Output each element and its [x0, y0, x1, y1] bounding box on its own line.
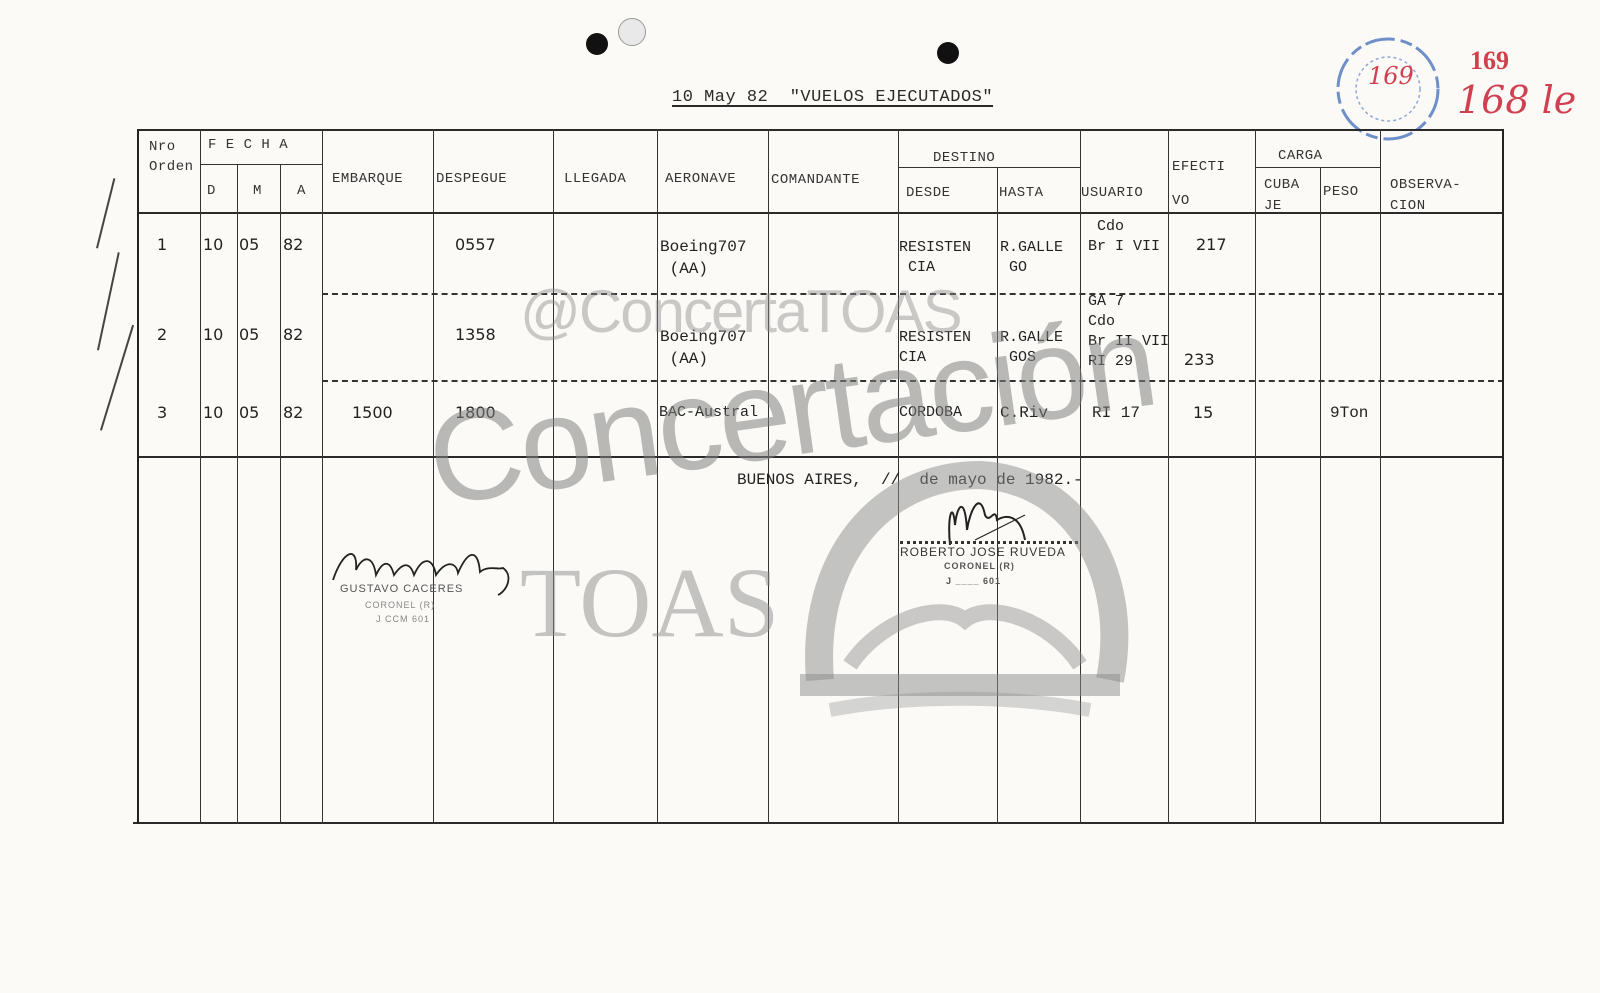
document-title: 10 May 82 "VUELOS EJECUTADOS" [672, 88, 993, 107]
header-efectivo: EFECTI VO [1172, 150, 1225, 218]
check-mark-icon [97, 252, 120, 350]
header-destino: DESTINO [933, 150, 995, 166]
row-desde: RESISTEN CIA [899, 238, 971, 278]
row-efectivo: 217 [1196, 234, 1227, 256]
row-m: 05 [239, 324, 259, 346]
header-fecha-m: M [253, 183, 262, 199]
row-aeronave: Boeing707 (AA) [660, 326, 746, 370]
header-observacion: OBSERVA- CION [1390, 175, 1461, 217]
row-d: 10 [203, 402, 223, 424]
check-mark-icon [100, 325, 134, 431]
header-fecha: F E C H A [208, 137, 288, 153]
row-d: 10 [203, 234, 223, 256]
header-nro-orden: Nro Orden [149, 137, 194, 177]
row-despegue: 1800 [455, 402, 496, 424]
signer-left-unit: J CCM 601 [376, 614, 430, 624]
punch-hole-right [937, 42, 959, 64]
header-fecha-a: A [297, 183, 306, 199]
row-m: 05 [239, 402, 259, 424]
check-mark-icon [96, 178, 115, 248]
row-a: 82 [283, 324, 303, 346]
page-number-printed: 169 [1470, 46, 1509, 76]
header-hasta: HASTA [999, 185, 1044, 201]
row-d: 10 [203, 324, 223, 346]
header-despegue: DESPEGUE [436, 171, 507, 187]
signer-left-name: GUSTAVO CACERES [340, 583, 463, 595]
row-desde: RESISTEN CIA [899, 328, 971, 368]
row-hasta: R.GALLE GOS [1000, 328, 1063, 368]
row-efectivo: 15 [1193, 402, 1213, 424]
watermark-toas: TOAS [520, 545, 779, 660]
header-desde: DESDE [906, 185, 951, 201]
header-peso: PESO [1323, 184, 1359, 200]
row-peso: 9Ton [1330, 402, 1368, 424]
header-embarque: EMBARQUE [332, 171, 403, 187]
header-carga: CARGA [1278, 148, 1323, 164]
punch-hole-left [586, 33, 608, 55]
punch-hole-ghost [618, 18, 646, 46]
header-usuario: USUARIO [1081, 185, 1143, 201]
helmet-logo-icon [790, 440, 1130, 720]
row-a: 82 [283, 234, 303, 256]
row-a: 82 [283, 402, 303, 424]
signer-left-rank: CORONEL (R) [365, 600, 435, 610]
row-hasta: C.Riv [1000, 402, 1048, 424]
row-efectivo: 233 [1184, 349, 1215, 371]
row-despegue: 1358 [455, 324, 496, 346]
row-embarque: 1500 [352, 402, 393, 424]
header-llegada: LLEGADA [564, 171, 626, 187]
row-usuario: Cdo Br I VII [1088, 217, 1160, 257]
row-hasta: R.GALLE GO [1000, 238, 1063, 278]
stamp-circle-number: 169 [1368, 62, 1414, 90]
row-aeronave: Boeing707 (AA) [660, 236, 746, 280]
header-aeronave: AERONAVE [665, 171, 736, 187]
page-number-handwritten: 168 le [1457, 78, 1576, 122]
row-desde: CORDOBA [899, 403, 962, 423]
header-cubaje: CUBA JE [1264, 175, 1300, 217]
row-nro: 3 [157, 402, 167, 424]
row-nro: 2 [157, 324, 167, 346]
row-usuario: RI 17 [1092, 402, 1140, 424]
header-fecha-d: D [207, 183, 216, 199]
row-aeronave: BAC-Austral [659, 403, 758, 423]
header-comandante: COMANDANTE [771, 172, 860, 188]
row-usuario: GA 7 Cdo Br II VII RI 29 [1088, 292, 1169, 372]
row-despegue: 0557 [455, 234, 496, 256]
row-nro: 1 [157, 234, 167, 256]
row-m: 05 [239, 234, 259, 256]
